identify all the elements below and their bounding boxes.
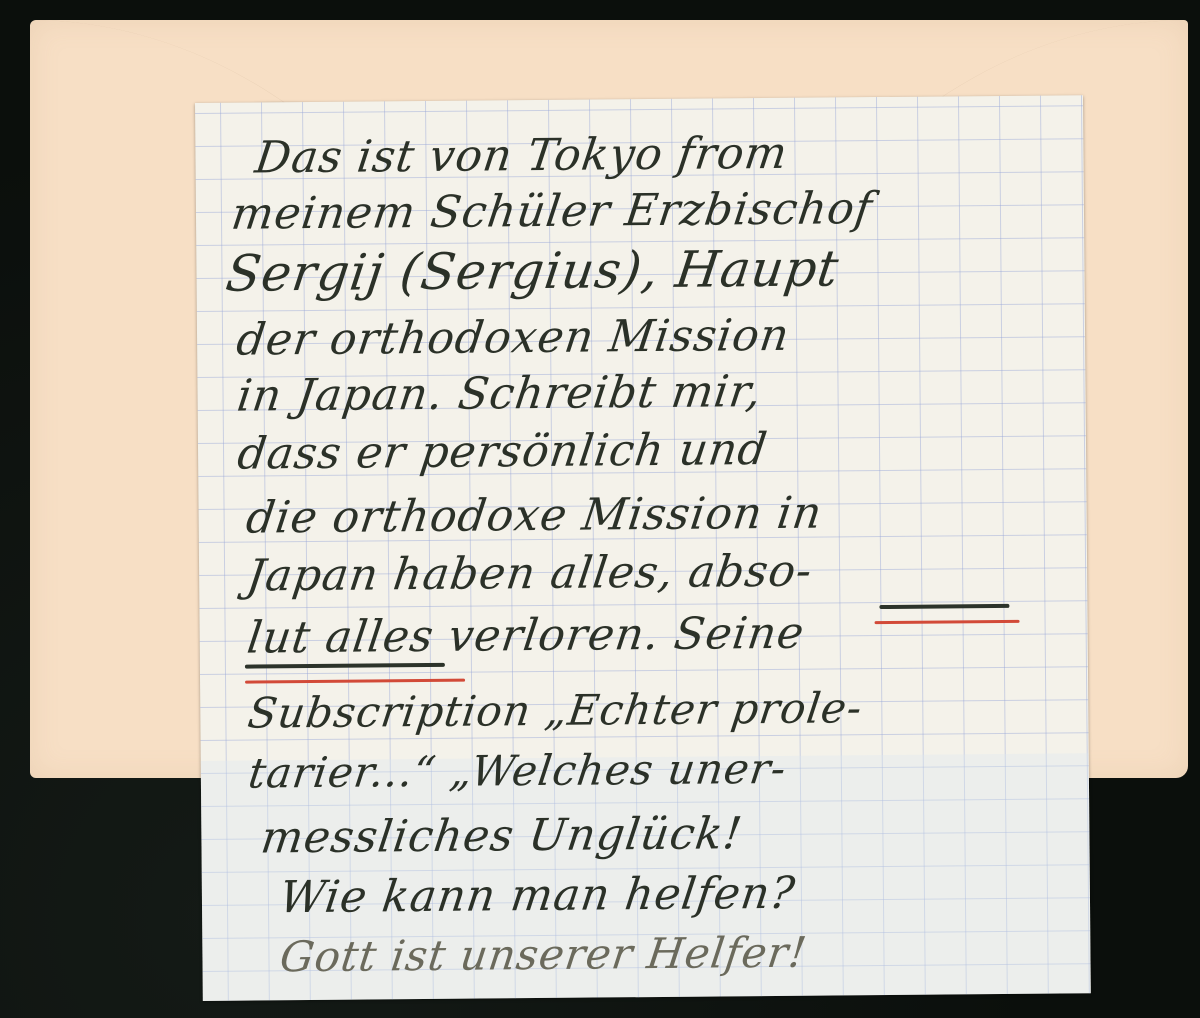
red-underline-lut-alles <box>245 679 465 684</box>
red-underline-abso <box>875 620 1020 624</box>
note-line-3: Sergij (Sergius), Haupt <box>223 239 843 302</box>
emphasis-underline-abso <box>879 604 1009 609</box>
note-line-12: messliches Unglück! <box>258 808 745 863</box>
handwritten-note: Das ist von Tokyo from meinem Schüler Er… <box>195 95 1091 1001</box>
note-line-9: lut alles verloren. Seine <box>244 608 807 664</box>
note-line-7: die orthodoxe Mission in <box>243 488 825 544</box>
note-line-2: meinem Schüler Erzbischof <box>229 183 876 240</box>
emphasis-underline-lut-alles <box>245 663 445 669</box>
note-line-10: Subscription „Echter prole- <box>245 683 865 737</box>
note-line-1: Das ist von Tokyo from <box>252 128 791 184</box>
note-line-14: Gott ist unserer Helfer! <box>277 928 810 982</box>
note-line-13: Wie kann man helfen? <box>277 868 799 924</box>
note-line-6: dass er persönlich und <box>235 424 771 480</box>
note-line-11: tarier...“ „Welches uner- <box>246 744 790 798</box>
note-line-8: Japan haben alles, abso- <box>244 546 816 602</box>
note-line-4: der orthodoxen Mission <box>234 310 793 366</box>
note-line-5: in Japan. Schreibt mir, <box>234 366 765 422</box>
